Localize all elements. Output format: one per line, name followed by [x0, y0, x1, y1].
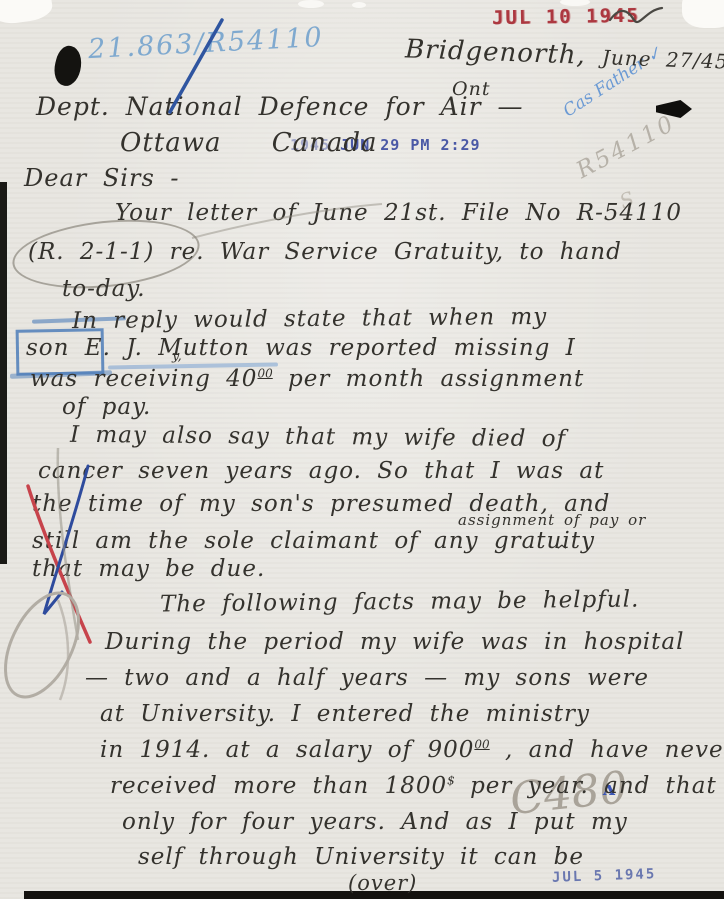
line-post: , and have never	[505, 737, 724, 763]
received-date-stamp-red: JUL 10 1945	[492, 5, 640, 30]
paper-speck	[352, 2, 366, 8]
underlined-name: E. J. Mutton	[85, 335, 250, 361]
amount: 1800	[385, 773, 448, 799]
line-pre: was receiving	[30, 366, 211, 392]
letter-line: During the period my wife was in hospita…	[105, 629, 684, 655]
line-post: per year. and that	[470, 773, 717, 799]
salutation: Dear Sirs -	[24, 164, 180, 192]
line-rest: was reported missing I	[265, 335, 576, 361]
addressee-line: Dept. National Defence for Air —	[36, 92, 523, 121]
line-pre: received more than	[110, 773, 369, 799]
letter-line: (R. 2-1-1) re. War Service Gratuity, to …	[28, 239, 622, 265]
line-pre: in 1914. at a salary of	[100, 737, 412, 763]
letter-place-date: Bridgenorth, June 27/45	[405, 34, 724, 75]
letter-line: The following facts may be helpful.	[160, 586, 640, 617]
pencil-file-number: R54110	[572, 110, 680, 184]
letter-line: In reply would state that when my	[72, 304, 547, 334]
file-number-annotation-blue: 21.863/R54110	[87, 22, 324, 65]
interlinear-insertion: assignment of pay or	[458, 511, 646, 529]
letter-line-amount: was receiving 4000 per month assignment	[30, 366, 584, 392]
letter-line: self through University it can be	[138, 844, 584, 870]
boxed-word-son: son	[26, 335, 69, 361]
amount-superscript: 00	[474, 737, 489, 751]
amount: 900	[427, 737, 474, 763]
margin-pencil-scrawl-tail	[58, 600, 68, 700]
ink-blob-mark	[51, 43, 86, 88]
letter-line-amount: in 1914. at a salary of 90000 , and have…	[100, 737, 724, 763]
amount-superscript: 00	[257, 366, 272, 380]
letter-date: June 27/45	[602, 45, 724, 73]
letter-line: still am the sole claimant of any gratui…	[32, 528, 595, 554]
letter-place: Bridgenorth,	[405, 34, 587, 70]
torn-corner-top-right	[682, 0, 724, 28]
letter-line: to-day.	[62, 276, 146, 302]
addressee-city: Ottawa	[120, 128, 221, 158]
paper-speck	[298, 0, 324, 8]
letter-line: I may also say that my wife died of	[70, 422, 566, 452]
amount: 40	[226, 366, 257, 392]
letter-line: — two and a half years — my sons were	[85, 665, 649, 691]
letter-line: only for four years. And as I put my	[122, 809, 628, 835]
letter-line: of pay.	[62, 394, 151, 420]
scanned-letter-page: JUL 10 1945 1945 JUN 29 PM 2:29 JUL 5 19…	[0, 0, 724, 899]
letter-line: at University. I entered the ministry	[100, 701, 590, 727]
over-note: (over)	[348, 871, 417, 895]
scan-edge-left	[0, 182, 7, 564]
addressee-country: Canada	[272, 128, 378, 158]
letter-line-amount: received more than 1800$ per year. and t…	[110, 773, 717, 799]
letter-line-son-name: son E. J. Mutton was reported missing I	[26, 335, 576, 361]
margin-pencil-scrawl	[0, 582, 94, 709]
torn-corner-top-left	[0, 0, 54, 26]
amount-superscript: $	[447, 773, 455, 787]
addressee-city-country: Ottawa Canada	[120, 128, 378, 158]
letter-line: that may be due.	[32, 556, 265, 582]
letter-line: cancer seven years ago. So that I was at	[38, 458, 604, 484]
line-post: per month assignment	[288, 366, 584, 392]
letter-line: Your letter of June 21st. File No R-5411…	[115, 200, 682, 226]
